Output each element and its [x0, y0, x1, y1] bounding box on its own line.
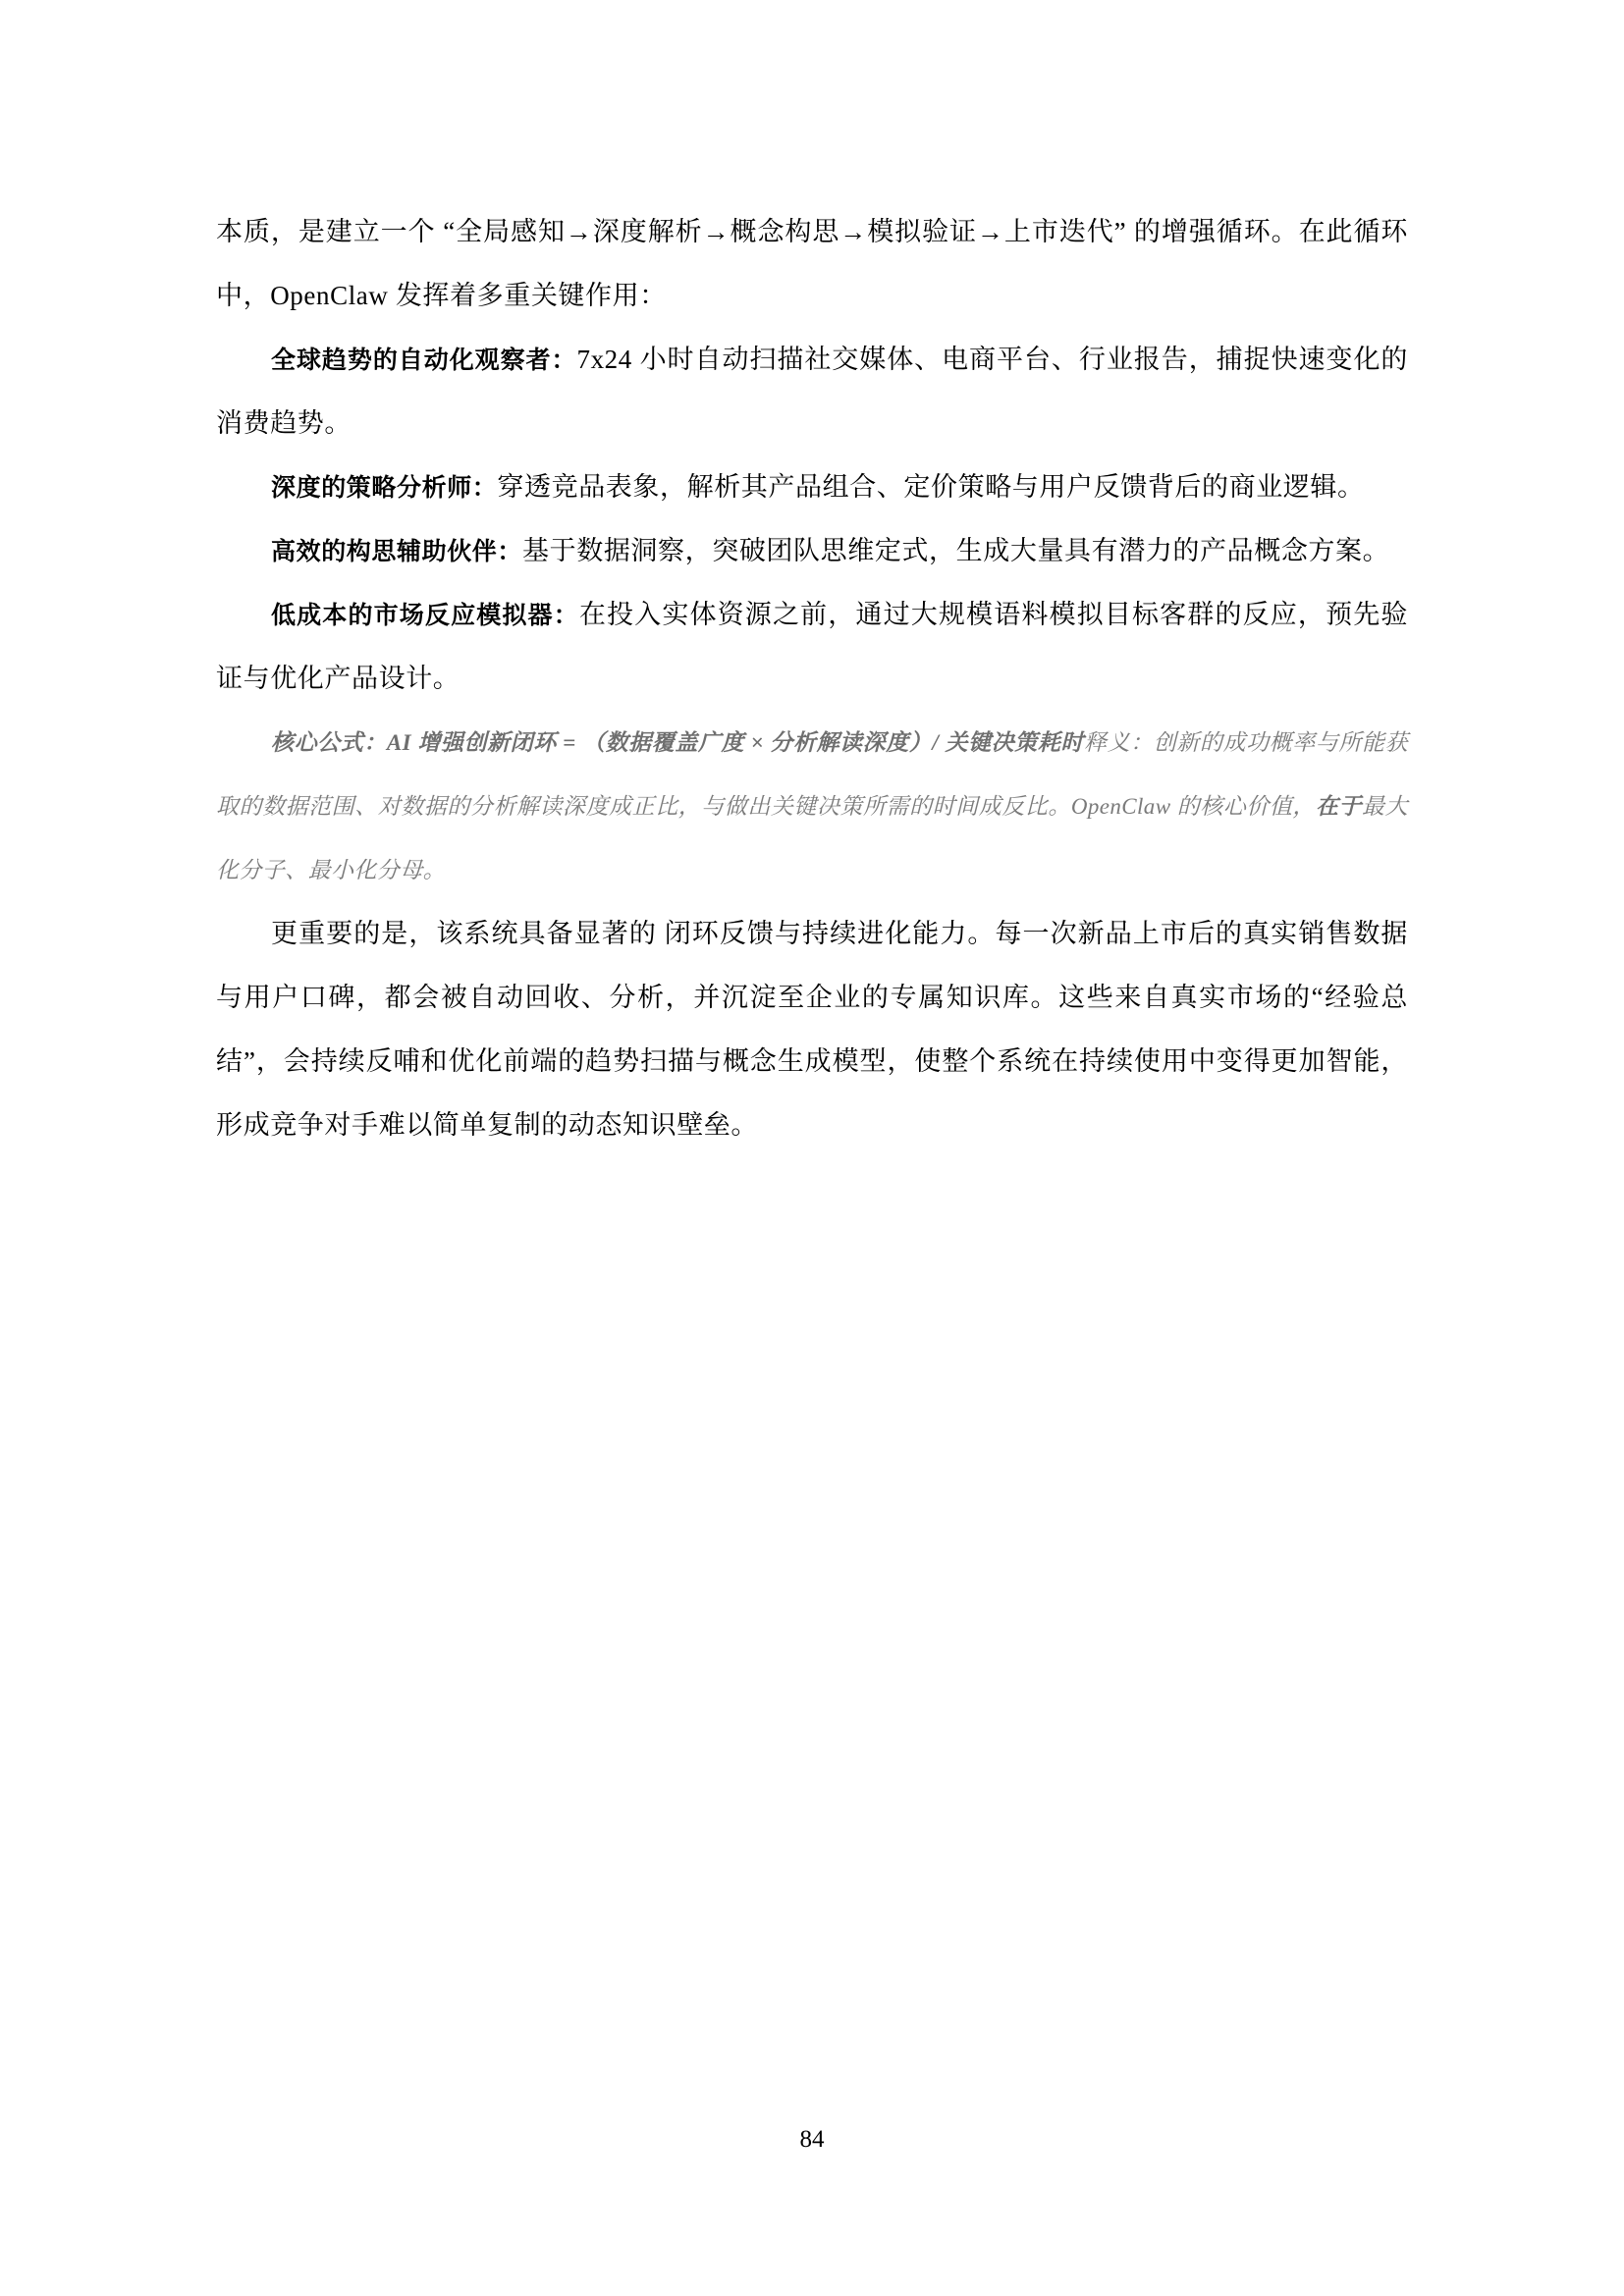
- page-body: 本质，是建立一个 “全局感知→深度解析→概念构思→模拟验证→上市迭代” 的增强循…: [216, 200, 1408, 1157]
- formula-note: 核心公式：AI 增强创新闭环 = （数据覆盖广度 × 分析解读深度）/ 关键决策…: [216, 711, 1408, 902]
- role-paragraph-strategy-analyst: 深度的策略分析师：穿透竞品表象，解析其产品组合、定价策略与用户反馈背后的商业逻辑…: [216, 455, 1408, 519]
- role-lead: 低成本的市场反应模拟器：: [271, 601, 579, 629]
- role-text: 穿透竞品表象，解析其产品组合、定价策略与用户反馈背后的商业逻辑。: [497, 472, 1364, 502]
- role-paragraph-market-simulator: 低成本的市场反应模拟器：在投入实体资源之前，通过大规模语料模拟目标客群的反应，预…: [216, 583, 1408, 711]
- role-paragraph-trend-observer: 全球趋势的自动化观察者：7x24 小时自动扫描社交媒体、电商平台、行业报告，捕捉…: [216, 328, 1408, 455]
- role-text: 基于数据洞察，突破团队思维定式，生成大量具有潜力的产品概念方案。: [522, 536, 1389, 565]
- closing-paragraph: 更重要的是，该系统具备显著的 闭环反馈与持续进化能力。每一次新品上市后的真实销售…: [216, 902, 1408, 1157]
- intro-paragraph: 本质，是建立一个 “全局感知→深度解析→概念构思→模拟验证→上市迭代” 的增强循…: [216, 200, 1408, 328]
- page-number: 84: [0, 2126, 1624, 2154]
- role-lead: 高效的构思辅助伙伴：: [271, 537, 522, 565]
- formula-emphasis: 在于: [1316, 794, 1362, 819]
- role-lead: 全球趋势的自动化观察者：: [271, 346, 576, 374]
- role-paragraph-ideation-partner: 高效的构思辅助伙伴：基于数据洞察，突破团队思维定式，生成大量具有潜力的产品概念方…: [216, 519, 1408, 583]
- role-lead: 深度的策略分析师：: [271, 473, 497, 502]
- core-formula: 核心公式：AI 增强创新闭环 = （数据覆盖广度 × 分析解读深度）/ 关键决策…: [271, 730, 1084, 755]
